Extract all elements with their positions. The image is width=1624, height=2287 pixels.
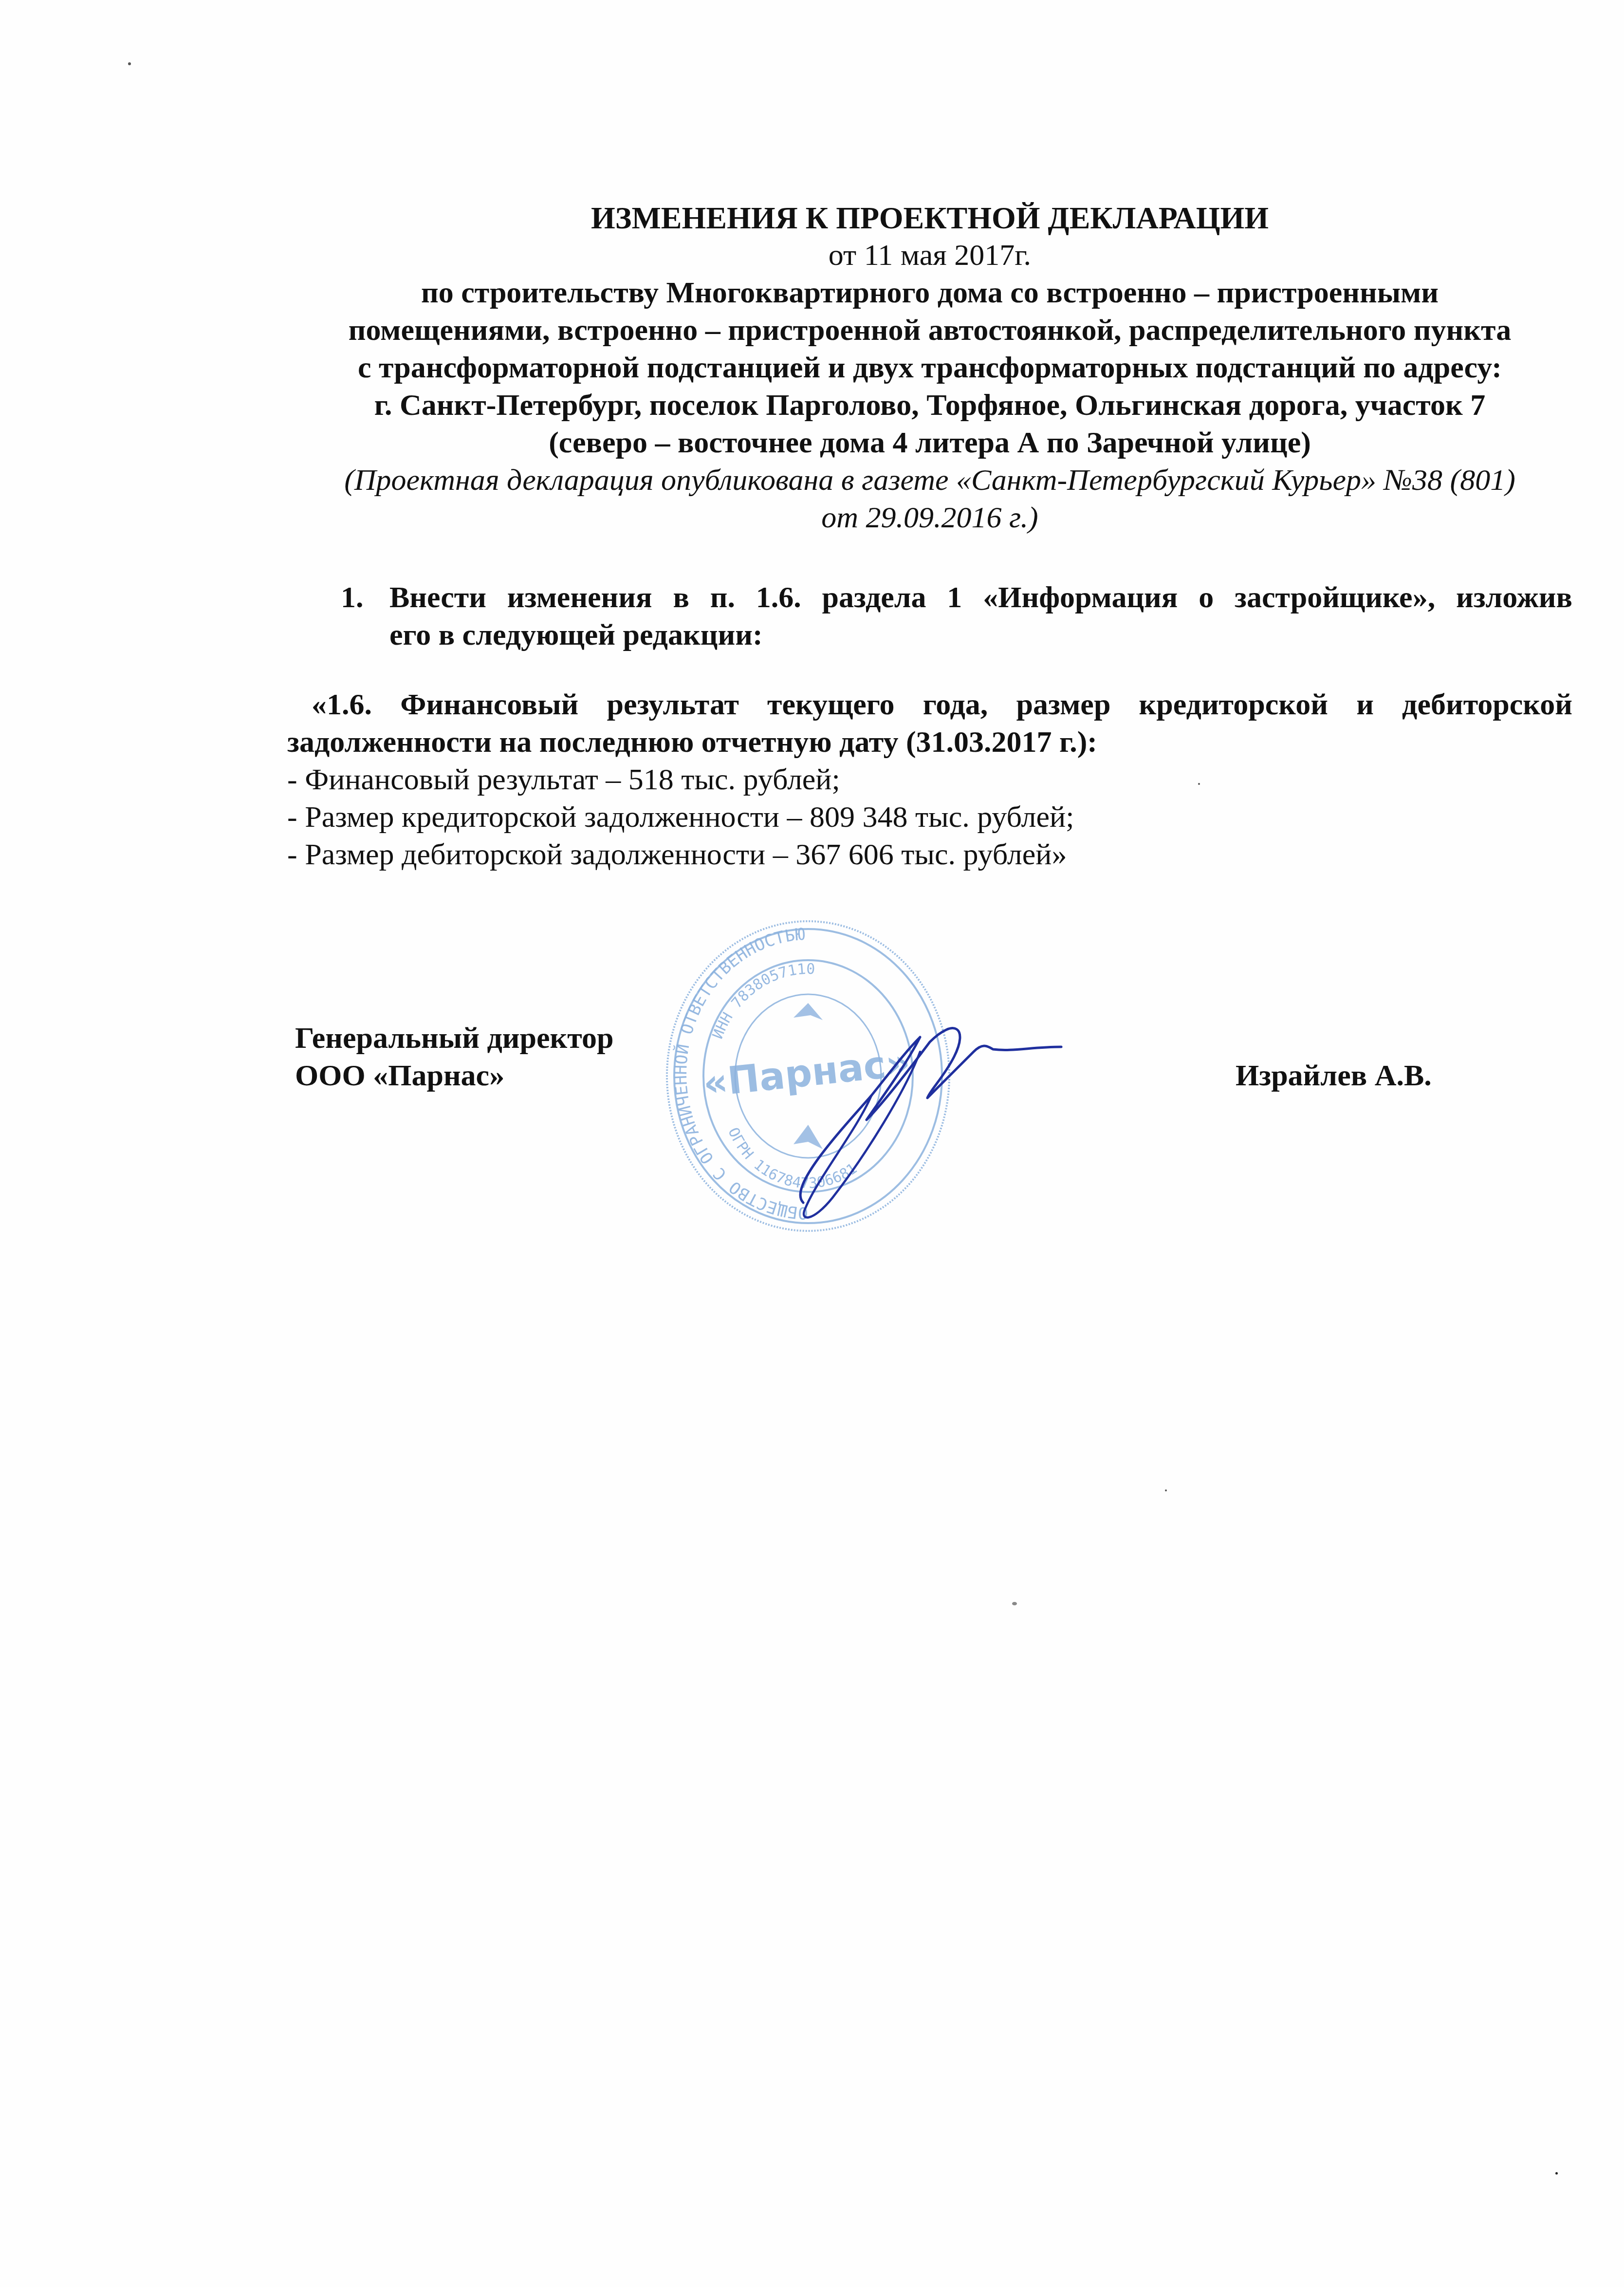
signatory-position: Генеральный директор — [295, 1020, 613, 1057]
scan-speck — [1012, 1602, 1017, 1605]
handwritten-signature-icon — [759, 993, 1125, 1227]
subject-line: помещениями, встроенно – пристроенной ав… — [287, 312, 1572, 349]
entry-accounts-receivable: - Размер дебиторской задолженности – 367… — [287, 837, 1572, 873]
entry-financial-result: - Финансовый результат – 518 тыс. рублей… — [287, 762, 1572, 798]
section-1-6-heading: «1.6. Финансовый результат текущего года… — [312, 687, 1572, 723]
scan-speck — [1198, 783, 1200, 785]
subject-line: с трансформаторной подстанцией и двух тр… — [287, 350, 1572, 386]
signatory-name: Израйлев А.В. — [1236, 1058, 1432, 1094]
document-title: ИЗМЕНЕНИЯ К ПРОЕКТНОЙ ДЕКЛАРАЦИИ — [287, 200, 1572, 236]
document-page: ИЗМЕНЕНИЯ К ПРОЕКТНОЙ ДЕКЛАРАЦИИ от 11 м… — [0, 0, 1624, 2287]
subject-line: (северо – восточнее дома 4 литера А по З… — [287, 425, 1572, 461]
scan-speck — [1555, 2172, 1558, 2175]
publication-note: от 29.09.2016 г.) — [287, 500, 1572, 536]
entry-accounts-payable: - Размер кредиторской задолженности – 80… — [287, 799, 1572, 836]
publication-note: (Проектная декларация опубликована в газ… — [287, 462, 1572, 499]
signatory-company: ООО «Парнас» — [295, 1058, 504, 1094]
item-1-text-continued: его в следующей редакции: — [389, 617, 1572, 653]
scan-speck — [1165, 1489, 1167, 1491]
subject-line: по строительству Многоквартирного дома с… — [287, 275, 1572, 311]
item-1-text: Внести изменения в п. 1.6. раздела 1 «Ин… — [389, 579, 1572, 616]
item-number: 1. — [341, 579, 364, 616]
section-1-6-heading-continued: задолженности на последнюю отчетную дату… — [287, 724, 1572, 761]
document-date: от 11 мая 2017г. — [287, 237, 1572, 274]
subject-line: г. Санкт-Петербург, поселок Парголово, Т… — [287, 387, 1572, 424]
scan-speck — [128, 62, 131, 65]
